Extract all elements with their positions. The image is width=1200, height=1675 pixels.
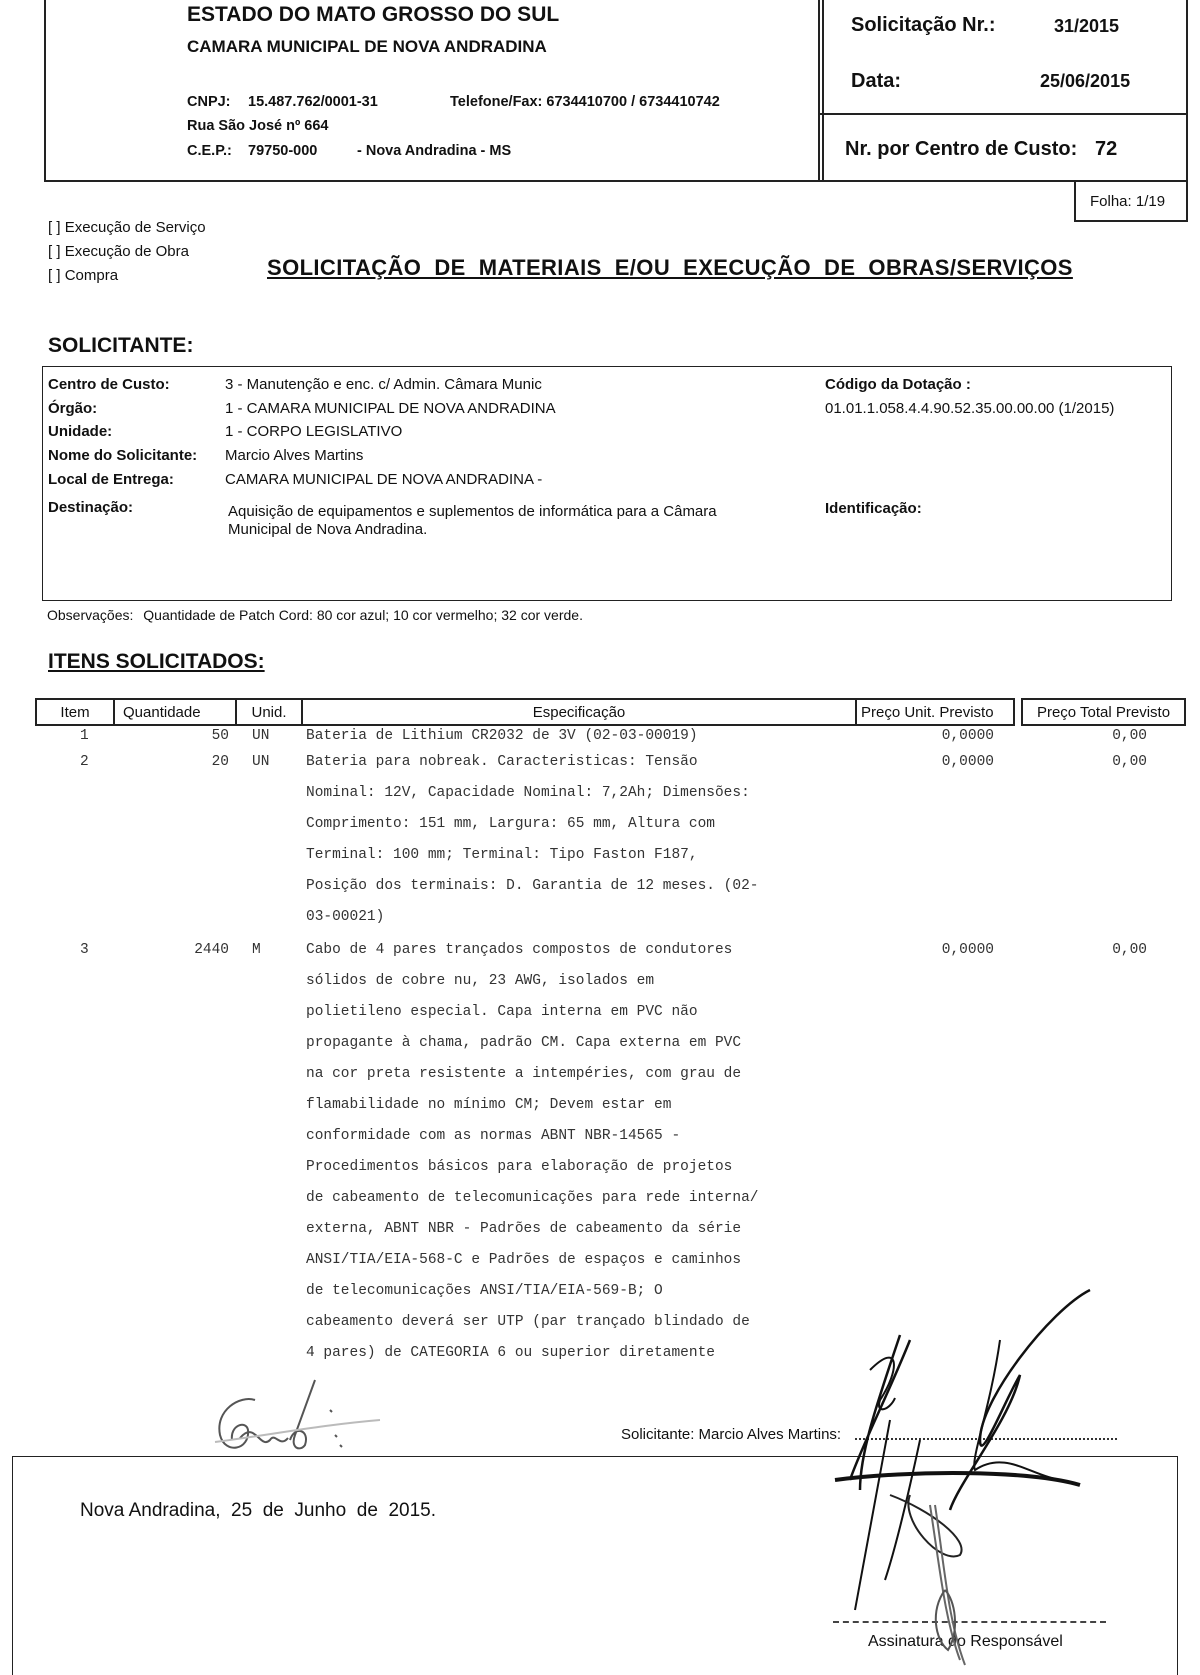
centro-custo-value: 72 <box>1095 138 1117 161</box>
cell-spec-line: externa, ABNT NBR - Padrões de cabeament… <box>306 1214 741 1245</box>
cell-spec-line: 4 pares) de CATEGORIA 6 ou superior dire… <box>306 1338 715 1369</box>
cell-spec-line: Posição dos terminais: D. Garantia de 12… <box>306 871 758 902</box>
cell-spec-line: Cabo de 4 pares trançados compostos de c… <box>306 935 732 966</box>
cep-label: C.E.P.: <box>187 143 232 159</box>
cell-spec-line: 03-00021) <box>306 902 384 933</box>
cell-item: 3 <box>80 935 89 966</box>
cell-unit: UN <box>252 747 269 778</box>
cell-spec-line: cabeamento deverá ser UTP (par trançado … <box>306 1307 750 1338</box>
option-servico[interactable]: [ ] Execução de Serviço <box>48 219 206 236</box>
cell-spec-line: Terminal: 100 mm; Terminal: Tipo Faston … <box>306 840 698 871</box>
cell-spec-line: na cor preta resistente a intempéries, c… <box>306 1059 741 1090</box>
field-value: 1 - CORPO LEGISLATIVO <box>225 423 402 440</box>
field-label: Local de Entrega: <box>48 471 174 488</box>
solicitante-signature-label: Solicitante: Marcio Alves Martins: <box>621 1426 841 1443</box>
cep-value: 79750-000 <box>248 143 317 159</box>
phone: Telefone/Fax: 6734410700 / 6734410742 <box>450 94 720 110</box>
cell-unit-price: 0,0000 <box>894 747 994 778</box>
handwritten-signature <box>830 1280 1130 1660</box>
option-label: Execução de Obra <box>65 243 189 260</box>
cell-spec-line: ANSI/TIA/EIA-568-C e Padrões de espaços … <box>306 1245 741 1276</box>
observacoes: Observações: Quantidade de Patch Cord: 8… <box>47 607 583 623</box>
cell-unit: M <box>252 935 261 966</box>
option-compra[interactable]: [ ] Compra <box>48 267 118 284</box>
header-divider <box>818 113 1188 115</box>
date-value: 25/06/2015 <box>1040 71 1130 92</box>
destinacao-label: Destinação: <box>48 499 133 516</box>
observacoes-value: Quantidade de Patch Cord: 80 cor azul; 1… <box>143 607 583 623</box>
solicitacao-label: Solicitação Nr.: <box>851 14 996 37</box>
solicitante-title: SOLICITANTE: <box>48 334 193 358</box>
destinacao-line: Municipal de Nova Andradina. <box>228 521 717 539</box>
cell-spec-line: propagante à chama, padrão CM. Capa exte… <box>306 1028 741 1059</box>
cell-unit-price: 0,0000 <box>894 935 994 966</box>
cnpj-label: CNPJ: <box>187 94 231 110</box>
cell-spec-line: Nominal: 12V, Capacidade Nominal: 7,2Ah;… <box>306 778 750 809</box>
field-label: Nome do Solicitante: <box>48 447 197 464</box>
place-date: Nova Andradina, 25 de Junho de 2015. <box>80 1500 436 1522</box>
cell-spec-line: de cabeamento de telecomunicações para r… <box>306 1183 758 1214</box>
dotacao-value: 01.01.1.058.4.4.90.52.35.00.00.00 (1/201… <box>825 400 1114 417</box>
sheet-number-box: Folha: 1/19 <box>1074 180 1188 222</box>
cell-spec-line: de telecomunicações ANSI/TIA/EIA-569-B; … <box>306 1276 663 1307</box>
institution-name: CAMARA MUNICIPAL DE NOVA ANDRADINA <box>187 37 547 57</box>
field-value: Marcio Alves Martins <box>225 447 363 464</box>
cnpj-value: 15.487.762/0001-31 <box>248 94 378 110</box>
solicitacao-value: 31/2015 <box>1054 16 1119 37</box>
cell-total-price: 0,00 <box>1047 935 1147 966</box>
destinacao-line: Aquisição de equipamentos e suplementos … <box>228 503 717 521</box>
col-item: Item <box>35 698 115 726</box>
cell-spec-line: conformidade com as normas ABNT NBR-1456… <box>306 1121 680 1152</box>
city: - Nova Andradina - MS <box>357 143 511 159</box>
field-value: 3 - Manutenção e enc. c/ Admin. Câmara M… <box>225 376 542 393</box>
items-title: ITENS SOLICITADOS: <box>48 650 265 674</box>
sheet-number: Folha: 1/19 <box>1090 193 1165 210</box>
cell-quantity: 20 <box>149 747 229 778</box>
option-label: Execução de Serviço <box>65 219 206 236</box>
checkbox-mark[interactable]: [ ] <box>48 243 61 260</box>
cell-spec-line: Bateria para nobreak. Caracteristicas: T… <box>306 747 698 778</box>
state-name: ESTADO DO MATO GROSSO DO SUL <box>187 3 559 27</box>
observacoes-label: Observações: <box>47 607 133 623</box>
option-label: Compra <box>65 267 118 284</box>
address: Rua São José nº 664 <box>187 118 329 134</box>
cell-total-price: 0,00 <box>1047 747 1147 778</box>
option-obra[interactable]: [ ] Execução de Obra <box>48 243 189 260</box>
cell-quantity: 2440 <box>149 935 229 966</box>
dotacao-label: Código da Dotação : <box>825 376 971 393</box>
centro-custo-label: Nr. por Centro de Custo: <box>845 138 1077 161</box>
cell-item: 2 <box>80 747 89 778</box>
checkbox-mark[interactable]: [ ] <box>48 267 61 284</box>
field-label: Órgão: <box>48 400 97 417</box>
field-label: Unidade: <box>48 423 112 440</box>
cell-spec-line: Procedimentos básicos para elaboração de… <box>306 1152 732 1183</box>
cell-spec-line: Comprimento: 151 mm, Largura: 65 mm, Alt… <box>306 809 715 840</box>
checkbox-mark[interactable]: [ ] <box>48 219 61 236</box>
destinacao-value: Aquisição de equipamentos e suplementos … <box>228 503 717 539</box>
field-value: CAMARA MUNICIPAL DE NOVA ANDRADINA - <box>225 471 542 488</box>
cell-spec-line: polietileno especial. Capa interna em PV… <box>306 997 698 1028</box>
field-value: 1 - CAMARA MUNICIPAL DE NOVA ANDRADINA <box>225 400 556 417</box>
rubric-signature <box>210 1380 390 1460</box>
field-label: Centro de Custo: <box>48 376 170 393</box>
cell-spec-line: flamabilidade no mínimo CM; Devem estar … <box>306 1090 671 1121</box>
identificacao-label: Identificação: <box>825 500 922 517</box>
form-title: SOLICITAÇÃO DE MATERIAIS E/OU EXECUÇÃO D… <box>267 255 1073 281</box>
cell-spec-line: sólidos de cobre nu, 23 AWG, isolados em <box>306 966 654 997</box>
date-label: Data: <box>851 70 901 93</box>
